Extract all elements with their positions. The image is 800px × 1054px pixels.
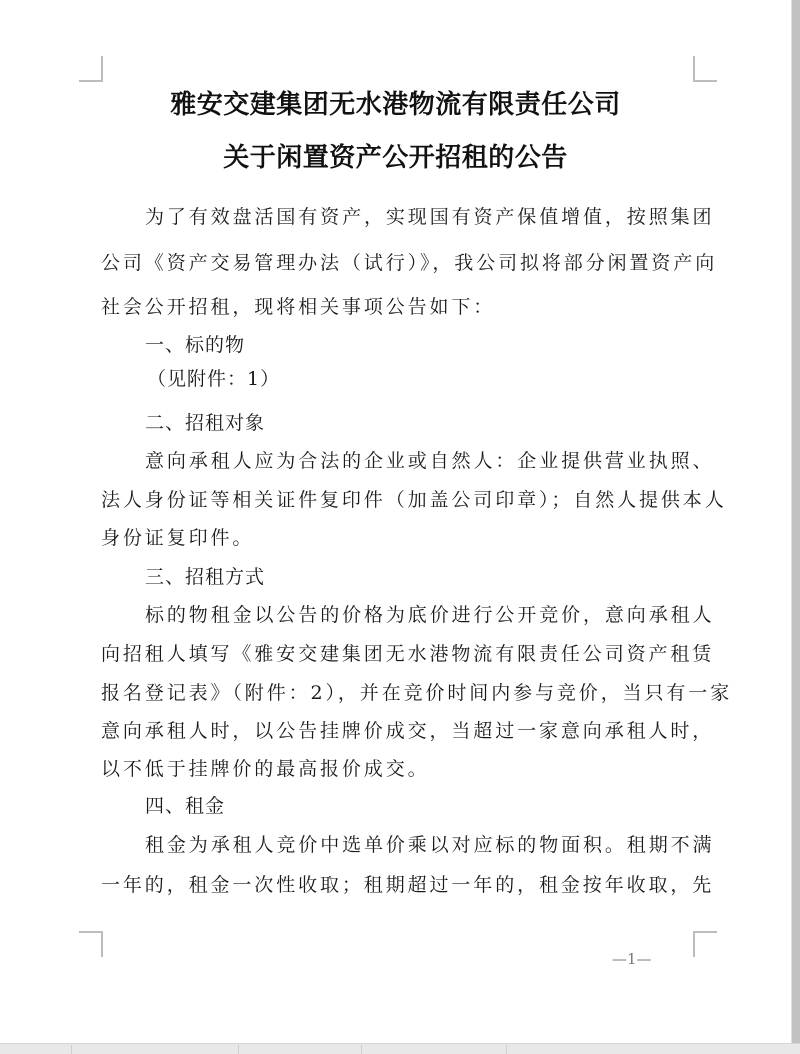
margin-corner-mark-top-right	[693, 56, 717, 82]
statusbar-divider	[361, 1045, 362, 1054]
section-heading-4: 四、租金	[145, 791, 225, 818]
section-2-line-2: 法人身份证等相关证件复印件（加盖公司印章）；自然人提供本人	[101, 485, 693, 512]
section-3-line-2: 向招租人填写《雅安交建集团无水港物流有限责任公司资产租赁	[101, 639, 693, 666]
intro-line-1: 为了有效盘活国有资产，实现国有资产保值增值，按照集团	[145, 202, 737, 229]
intro-line-2: 公司《资产交易管理办法（试行）》，我公司拟将部分闲置资产向	[101, 248, 693, 275]
section-heading-1: 一、标的物	[145, 330, 245, 357]
margin-corner-mark-bottom-left	[79, 931, 103, 957]
statusbar-divider	[71, 1045, 72, 1054]
horizontal-scrollbar[interactable]	[0, 1043, 800, 1054]
section-3-line-3: 报名登记表》（附件：2），并在竞价时间内参与竞价，当只有一家	[101, 678, 693, 705]
section-2-line-1: 意向承租人应为合法的企业或自然人：企业提供营业执照、	[145, 446, 737, 473]
section-4-line-1: 租金为承租人竞价中选单价乘以对应标的物面积。租期不满	[145, 830, 737, 857]
document-title-line-2: 关于闲置资产公开招租的公告	[0, 137, 791, 174]
page-number: —1—	[612, 950, 652, 968]
intro-line-3: 社会公开招租，现将相关事项公告如下：	[101, 292, 693, 319]
section-3-line-1: 标的物租金以公告的价格为底价进行公开竞价，意向承租人	[145, 600, 737, 627]
statusbar-divider	[506, 1045, 507, 1054]
section-1-note: （见附件：1）	[147, 364, 280, 391]
section-4-line-2: 一年的，租金一次性收取；租期超过一年的，租金按年收取，先	[101, 870, 693, 897]
section-heading-3: 三、招租方式	[145, 562, 265, 589]
margin-corner-mark-top-left	[79, 56, 103, 82]
section-heading-2: 二、招租对象	[145, 408, 265, 435]
section-3-line-4: 意向承租人时，以公告挂牌价成交，当超过一家意向承租人时，	[101, 716, 693, 743]
margin-corner-mark-bottom-right	[693, 931, 717, 957]
section-2-line-3: 身份证复印件。	[101, 523, 693, 550]
vertical-scrollbar[interactable]	[791, 0, 800, 1043]
document-title-line-1: 雅安交建集团无水港物流有限责任公司	[0, 84, 791, 121]
section-3-line-5: 以不低于挂牌价的最高报价成交。	[101, 754, 693, 781]
statusbar-divider	[238, 1045, 239, 1054]
document-page: 雅安交建集团无水港物流有限责任公司 关于闲置资产公开招租的公告 为了有效盘活国有…	[0, 0, 791, 1043]
